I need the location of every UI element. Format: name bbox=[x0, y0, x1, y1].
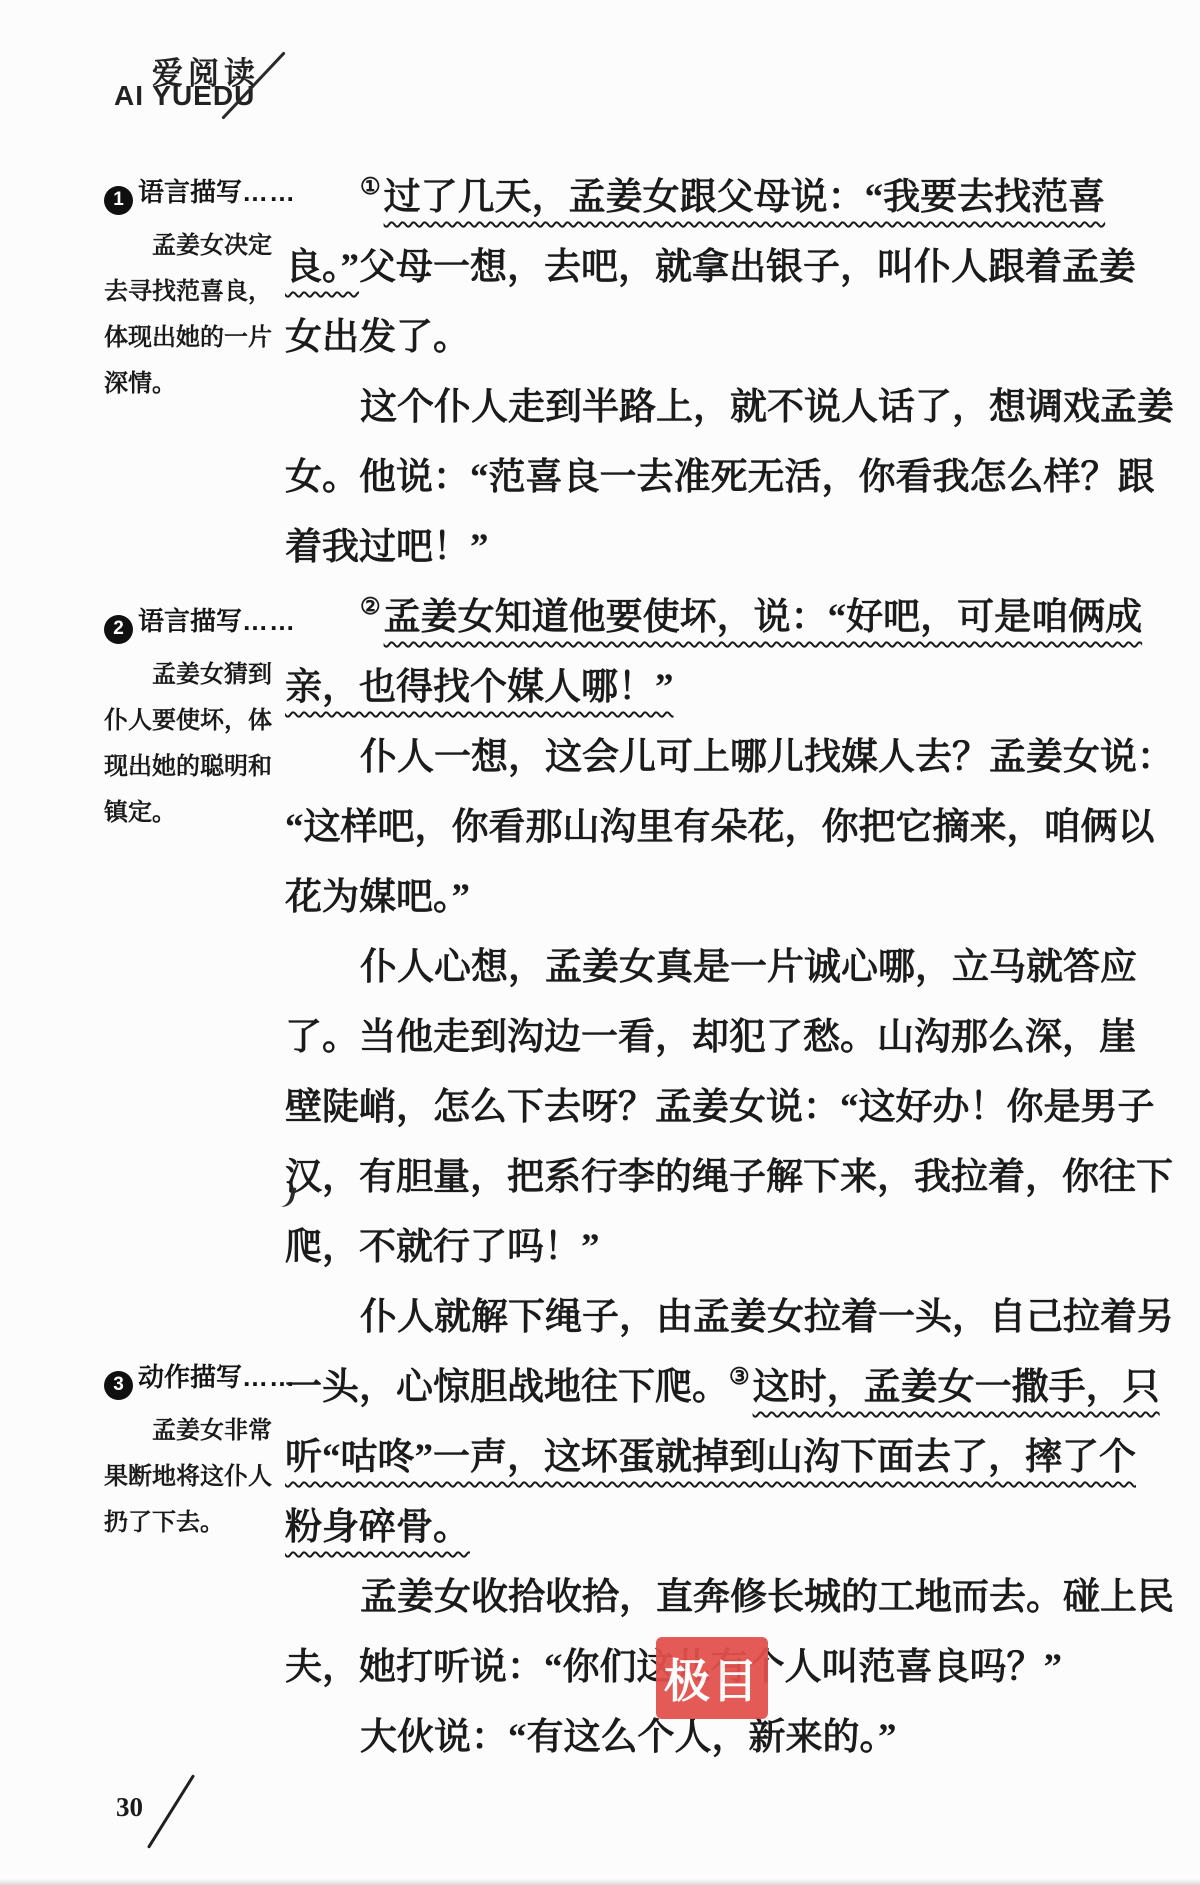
story-line-11: 花为媒吧。” bbox=[285, 863, 1191, 933]
circled-number-icon: 2 bbox=[104, 615, 133, 644]
story-line-10: “这样吧，你看那山沟里有朵花，你把它摘来，咱俩以 bbox=[285, 793, 1191, 863]
annotation-header: 3动作描写…… bbox=[104, 1357, 290, 1400]
annotation-line: 孟姜女猜到 bbox=[104, 652, 290, 698]
annotation-body: 孟姜女猜到 仆人要使坏，体 现出她的聪明和 镇定。 bbox=[104, 652, 290, 836]
story-line-8: 亲，也得找个媒人哪！” bbox=[285, 653, 1191, 723]
story-line-4: 这个仆人走到半路上，就不说人话了，想调戏孟姜 bbox=[285, 373, 1191, 443]
annotation-title: 动作描写 bbox=[138, 1362, 242, 1392]
story-line-7: ②孟姜女知道他要使坏，说：“好吧，可是咱俩成 bbox=[285, 583, 1191, 653]
footnote-marker-3: ③ bbox=[729, 1342, 750, 1412]
margin-annotation-3: 3动作描写…… 孟姜女非常 果断地将这仆人 扔了下去。 bbox=[104, 1357, 290, 1546]
annotation-line: 孟姜女决定 bbox=[104, 223, 290, 269]
annotation-line: 镇定。 bbox=[104, 790, 290, 836]
annotation-header: 2语言描写…… bbox=[104, 601, 290, 644]
circled-number-icon: 1 bbox=[104, 186, 133, 215]
story-line-2: 良。”父母一想，去吧，就拿出银子，叫仆人跟着孟姜 bbox=[285, 233, 1191, 303]
story-line-13: 了。当他走到沟边一看，却犯了愁。山沟那么深，崖 bbox=[285, 1003, 1191, 1073]
annotation-line: 果断地将这仆人 bbox=[104, 1454, 290, 1500]
annotation-header: 1语言描写…… bbox=[104, 172, 290, 215]
story-line-19: 听“咕咚”一声，这坏蛋就掉到山沟下面去了，摔了个 bbox=[285, 1423, 1191, 1493]
annotation-line: 现出她的聪明和 bbox=[104, 744, 290, 790]
watermark-stamp: 极目 bbox=[656, 1637, 768, 1719]
annotation-title: 语言描写 bbox=[138, 177, 242, 207]
footnote-marker-1: ① bbox=[360, 152, 381, 222]
story-line-16: 爬，不就行了吗！” bbox=[285, 1213, 1191, 1283]
circled-number-icon: 3 bbox=[104, 1371, 133, 1400]
story-line-1: ①过了几天，孟姜女跟父母说：“我要去找范喜 bbox=[285, 163, 1191, 233]
story-line-9: 仆人一想，这会儿可上哪儿找媒人去？孟姜女说： bbox=[285, 723, 1191, 793]
page-number: 30 bbox=[116, 1792, 143, 1823]
margin-annotation-2: 2语言描写…… 孟姜女猜到 仆人要使坏，体 现出她的聪明和 镇定。 bbox=[104, 601, 290, 836]
watermark-text: 极目 bbox=[664, 1645, 760, 1711]
annotation-body: 孟姜女决定 去寻找范喜良， 体现出她的一片 深情。 bbox=[104, 223, 290, 407]
footnote-marker-2: ② bbox=[360, 572, 381, 642]
story-line-21: 孟姜女收拾收拾，直奔修长城的工地而去。碰上民 bbox=[285, 1563, 1191, 1633]
story-text: ①过了几天，孟姜女跟父母说：“我要去找范喜 良。”父母一想，去吧，就拿出银子，叫… bbox=[285, 163, 1191, 1773]
margin-annotation-1: 1语言描写…… 孟姜女决定 去寻找范喜良， 体现出她的一片 深情。 bbox=[104, 172, 290, 407]
annotation-line: 孟姜女非常 bbox=[104, 1408, 290, 1454]
annotation-line: 去寻找范喜良， bbox=[104, 269, 290, 315]
annotation-body: 孟姜女非常 果断地将这仆人 扔了下去。 bbox=[104, 1408, 290, 1546]
page-bottom-edge bbox=[0, 1879, 1200, 1885]
book-page: 爱阅读 AI YUEDU 1语言描写…… 孟姜女决定 去寻找范喜良， 体现出她的… bbox=[0, 0, 1200, 1885]
annotation-line: 扔了下去。 bbox=[104, 1500, 290, 1546]
annotation-title: 语言描写 bbox=[138, 606, 242, 636]
story-line-5: 女。他说：“范喜良一去准死无活，你看我怎么样？跟 bbox=[285, 443, 1191, 513]
story-line-3: 女出发了。 bbox=[285, 303, 1191, 373]
annotation-line: 体现出她的一片 bbox=[104, 315, 290, 361]
story-line-14: 壁陡峭，怎么下去呀？孟姜女说：“这好办！你是男子 bbox=[285, 1073, 1191, 1143]
story-line-18: 一头，心惊胆战地往下爬。③这时，孟姜女一撒手，只 bbox=[285, 1353, 1191, 1423]
story-line-12: 仆人心想，孟姜女真是一片诚心哪，立马就答应 bbox=[285, 933, 1191, 1003]
page-number-slash-line bbox=[147, 1774, 195, 1849]
annotation-line: 仆人要使坏，体 bbox=[104, 698, 290, 744]
story-line-15: 汉，有胆量，把系行李的绳子解下来，我拉着，你往下 bbox=[285, 1143, 1191, 1213]
story-line-6: 着我过吧！” bbox=[285, 513, 1191, 583]
story-line-20: 粉身碎骨。 bbox=[285, 1493, 1191, 1563]
annotation-line: 深情。 bbox=[104, 361, 290, 407]
